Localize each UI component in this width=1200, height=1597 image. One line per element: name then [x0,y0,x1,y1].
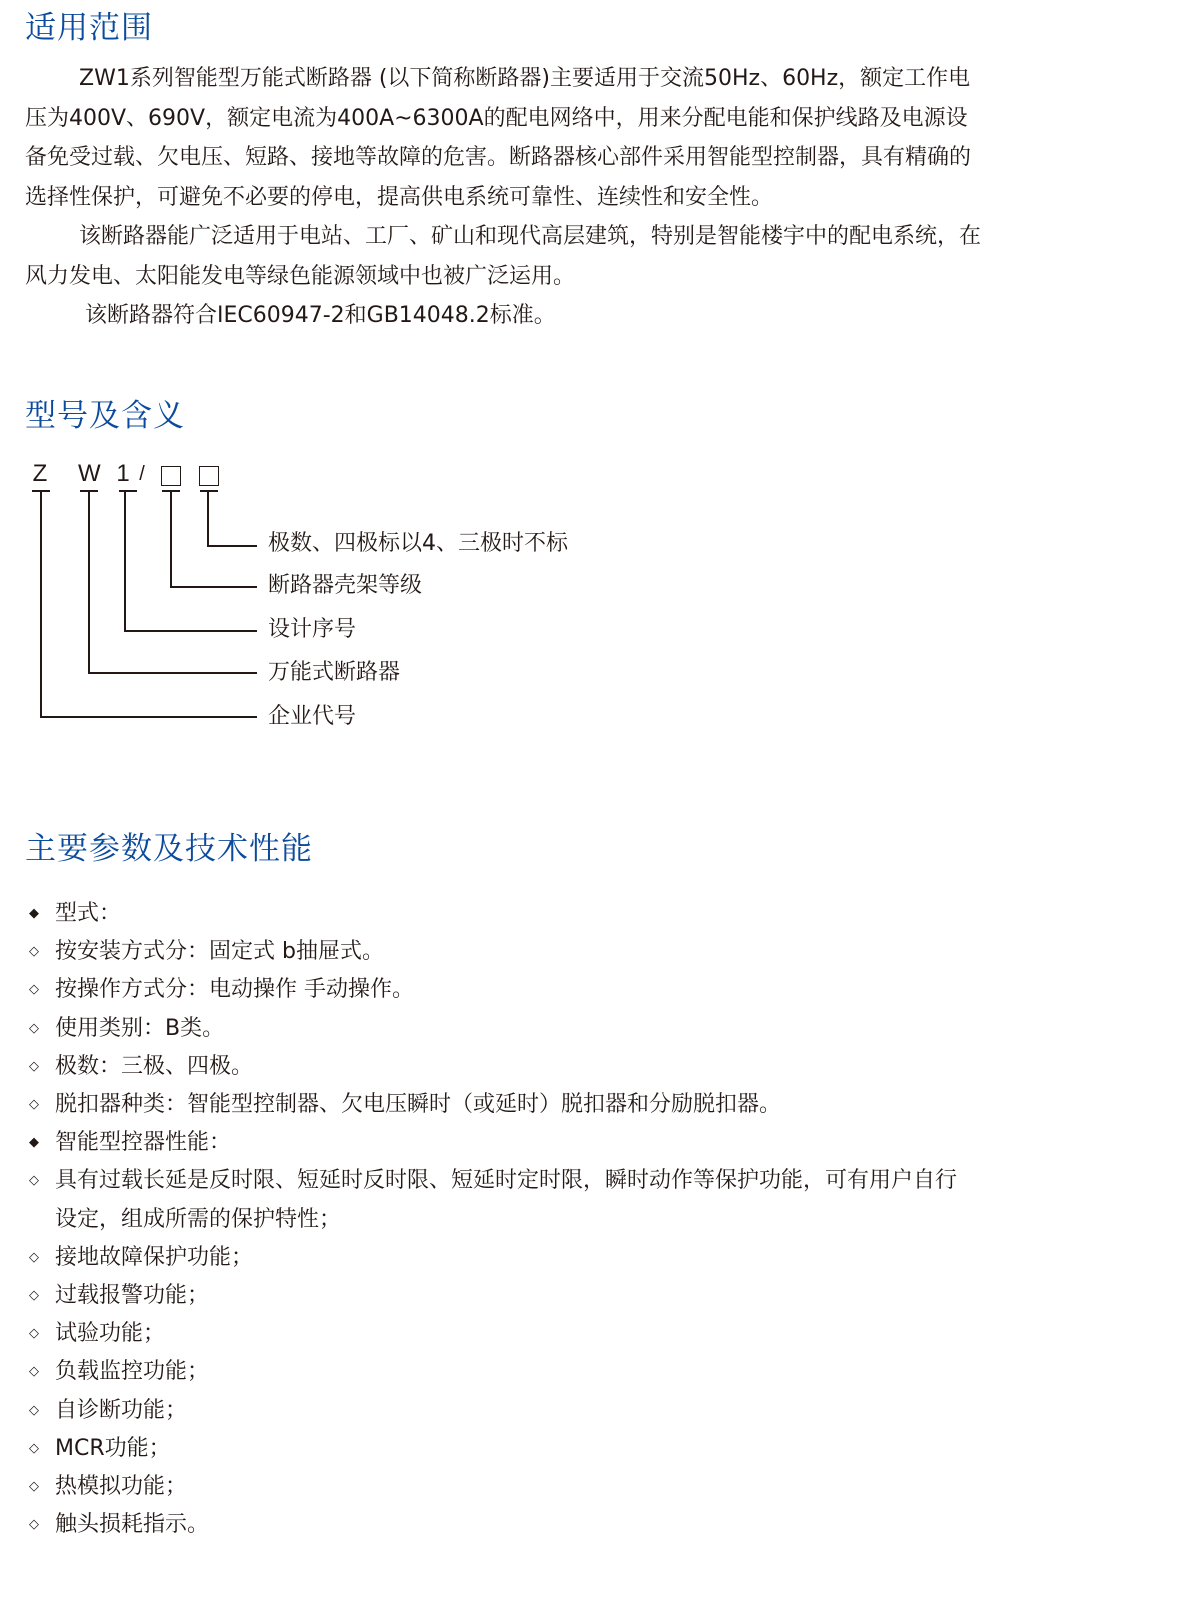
label-company-code: 企业代号 [268,702,356,732]
spec-text: 智能型控器性能： [55,1130,231,1155]
hollow-diamond-icon: ◇ [27,1048,41,1086]
connector-h-type [88,672,257,674]
spec-item: ◇ 接地故障保护功能； [25,1239,1175,1277]
spec-item: ◇ 按安装方式分：固定式 b抽屉式。 [25,933,1175,971]
spec-item: ◇ 使用类别：B类。 [25,1010,1175,1048]
hollow-diamond-icon: ◇ [27,1010,41,1048]
hollow-diamond-icon: ◇ [27,1162,41,1200]
spec-item: ◇ 脱扣器种类：智能型控制器、欠电压瞬时（或延时）脱扣器和分励脱扣器。 [25,1086,1175,1124]
spec-item: ◇ 具有过载长延是反时限、短延时反时限、短延时定时限，瞬时动作等保护功能，可有用… [25,1162,1175,1238]
spec-item: ◇ MCR功能； [25,1430,1175,1468]
connector-h-frame [170,586,257,588]
section-title-model: 型号及含义 [25,396,185,436]
spec-item: ◆ 智能型控器性能： [25,1124,1175,1162]
hollow-diamond-icon: ◇ [27,933,41,971]
spec-text: 触头损耗指示。 [55,1512,209,1537]
spec-item: ◇ 热模拟功能； [25,1468,1175,1506]
spec-item: ◇ 触头损耗指示。 [25,1506,1175,1544]
spec-text: 具有过载长延是反时限、短延时反时限、短延时定时限，瞬时动作等保护功能，可有用户自… [55,1168,957,1193]
scope-line: 压为400V、690V，额定电流为400A~6300A的配电网络中，用来分配电能… [25,99,1175,139]
code-char-z: Z [31,460,49,488]
connector-1 [124,491,126,631]
spec-list: ◆ 型式： ◇ 按安装方式分：固定式 b抽屉式。 ◇ 按操作方式分：电动操作 手… [25,895,1175,1544]
connector-h-company [40,716,257,718]
section-title-scope: 适用范围 [25,8,153,48]
connector-z [40,491,42,717]
filled-diamond-icon: ◆ [27,895,41,933]
spec-text: 负载监控功能； [55,1359,209,1384]
code-char-slash: / [137,460,147,488]
spec-item: ◇ 过载报警功能； [25,1277,1175,1315]
code-char-1: 1 [115,460,131,488]
tick-box2 [200,490,218,492]
scope-line: 该断路器能广泛适用于电站、工厂、矿山和现代高层建筑，特别是智能楼宇中的配电系统，… [25,217,1175,257]
spec-text: 热模拟功能； [55,1474,187,1499]
spec-item: ◇ 极数：三极、四极。 [25,1048,1175,1086]
hollow-diamond-icon: ◇ [27,1430,41,1468]
connector-h-poles [207,545,257,547]
tick-1 [119,490,137,492]
connector-box2 [207,491,209,546]
spec-text: 极数：三极、四极。 [55,1054,253,1079]
label-design-number: 设计序号 [268,615,356,645]
scope-line: 风力发电、太阳能发电等绿色能源领域中也被广泛运用。 [25,257,1175,297]
spec-text: 过载报警功能； [55,1283,209,1308]
spec-text: 脱扣器种类：智能型控制器、欠电压瞬时（或延时）脱扣器和分励脱扣器。 [55,1092,781,1117]
code-char-w: W [78,460,100,488]
connector-box1 [170,491,172,587]
code-box-frame-size [161,466,181,486]
hollow-diamond-icon: ◇ [27,971,41,1009]
hollow-diamond-icon: ◇ [27,1353,41,1391]
scope-paragraph: ZW1系列智能型万能式断路器 (以下简称断路器)主要适用于交流50Hz、60Hz… [25,59,1175,336]
spec-text: 使用类别：B类。 [55,1016,224,1041]
section-title-specs: 主要参数及技术性能 [25,829,313,869]
spec-text: 接地故障保护功能； [55,1245,253,1270]
spec-text-continuation: 设定，组成所需的保护特性； [55,1201,1175,1239]
filled-diamond-icon: ◆ [27,1124,41,1162]
connector-h-design [124,630,257,632]
label-poles: 极数、四极标以4、三极时不标 [268,529,568,559]
model-code-diagram: Z W 1 / 极数、四极标以4、三极时不标 断路器壳架等级 设计序号 万能式断… [0,455,700,745]
spec-text: 按安装方式分：固定式 b抽屉式。 [55,939,384,964]
code-box-poles [199,466,219,486]
hollow-diamond-icon: ◇ [27,1392,41,1430]
spec-item: ◇ 负载监控功能； [25,1353,1175,1391]
spec-item: ◇ 按操作方式分：电动操作 手动操作。 [25,971,1175,1009]
hollow-diamond-icon: ◇ [27,1239,41,1277]
hollow-diamond-icon: ◇ [27,1086,41,1124]
spec-text: 型式： [55,901,121,926]
spec-item: ◆ 型式： [25,895,1175,933]
connector-w [88,491,90,673]
spec-item: ◇ 试验功能； [25,1315,1175,1353]
spec-text: 按操作方式分：电动操作 手动操作。 [55,977,414,1002]
spec-text: 自诊断功能； [55,1398,187,1423]
hollow-diamond-icon: ◇ [27,1315,41,1353]
scope-line: ZW1系列智能型万能式断路器 (以下简称断路器)主要适用于交流50Hz、60Hz… [25,59,1175,99]
hollow-diamond-icon: ◇ [27,1277,41,1315]
hollow-diamond-icon: ◇ [27,1468,41,1506]
spec-text: MCR功能； [55,1436,171,1461]
label-frame-size: 断路器壳架等级 [268,571,422,601]
scope-line: 备免受过载、欠电压、短路、接地等故障的危害。断路器核心部件采用智能型控制器，具有… [25,138,1175,178]
spec-text: 试验功能； [55,1321,165,1346]
spec-item: ◇ 自诊断功能； [25,1392,1175,1430]
hollow-diamond-icon: ◇ [27,1506,41,1544]
label-breaker-type: 万能式断路器 [268,658,400,688]
scope-line: 该断路器符合IEC60947-2和GB14048.2标准。 [25,296,1175,336]
scope-line: 选择性保护，可避免不必要的停电，提高供电系统可靠性、连续性和安全性。 [25,178,1175,218]
